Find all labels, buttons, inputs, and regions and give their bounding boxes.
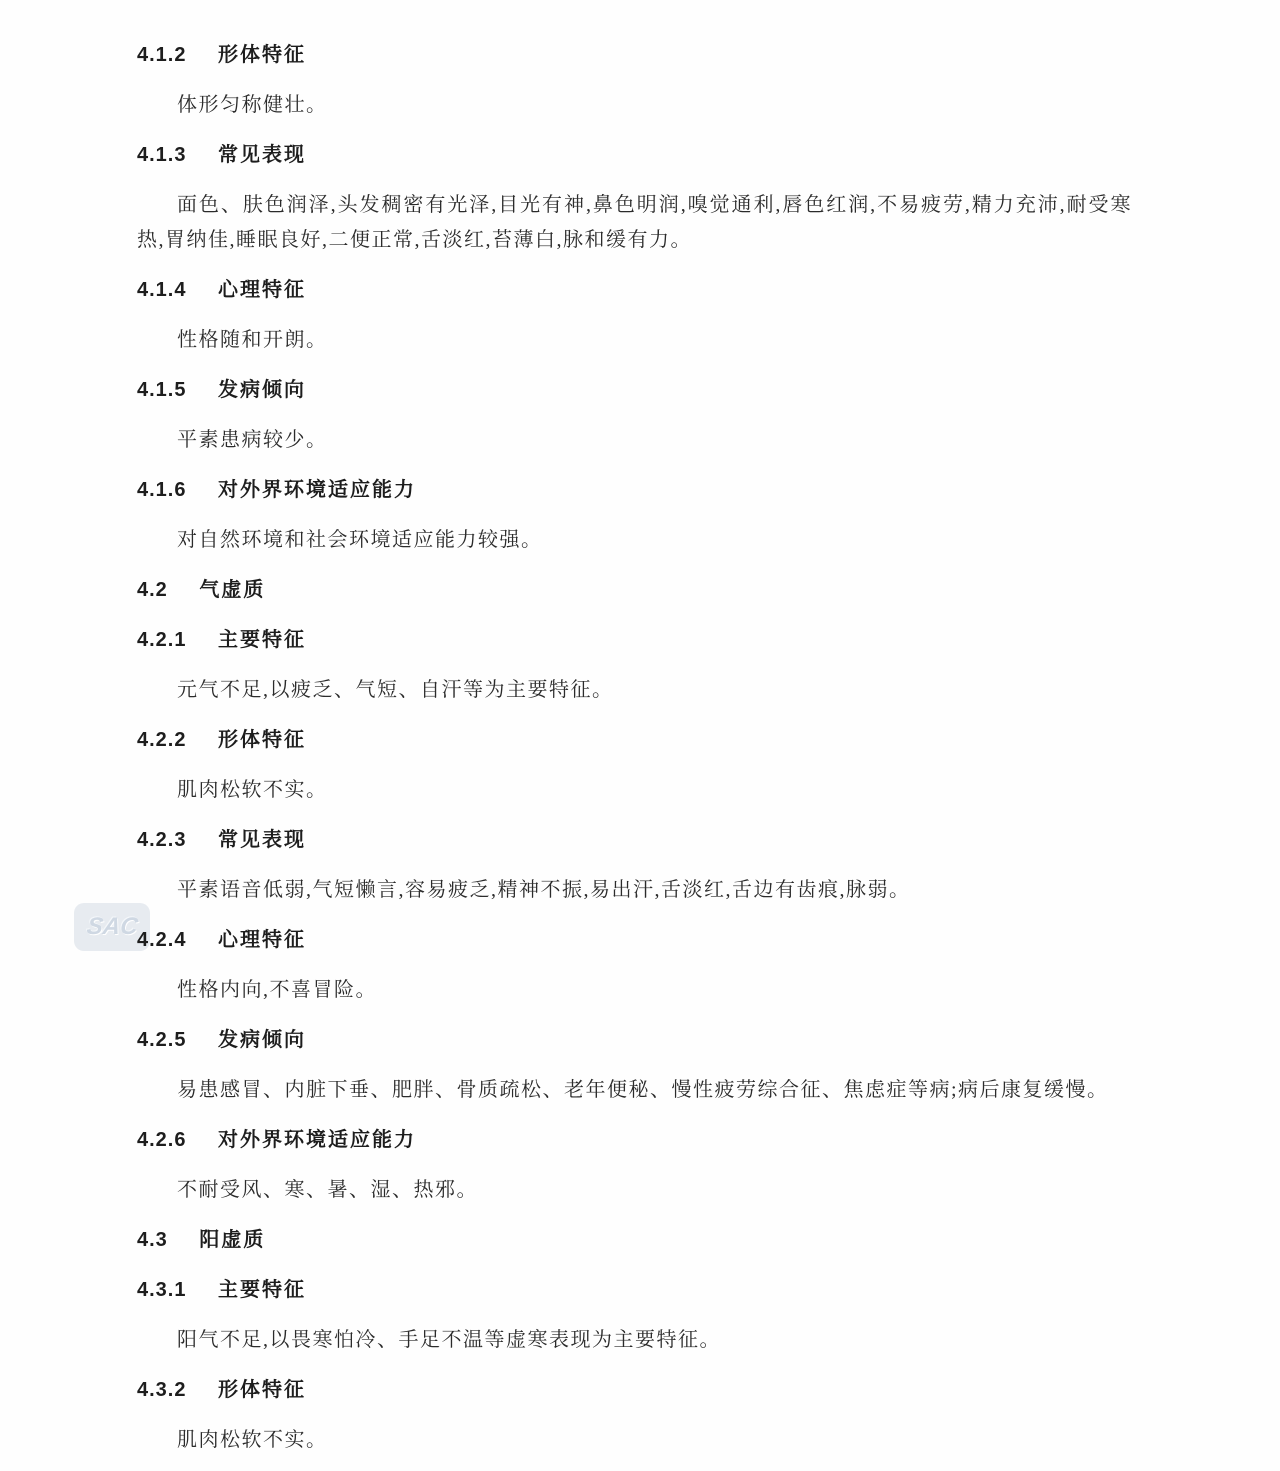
clause-heading: 4.1.5 发病倾向 — [137, 373, 1132, 408]
clause-paragraph: 易患感冒、内脏下垂、肥胖、骨质疏松、老年便秘、慢性疲劳综合征、焦虑症等病;病后康… — [137, 1073, 1132, 1108]
clause-paragraph: 性格随和开朗。 — [137, 323, 1132, 358]
clause-section: 4.2 气虚质 — [137, 573, 1132, 608]
clause-section: 4.1.6 对外界环境适应能力 对自然环境和社会环境适应能力较强。 — [137, 473, 1132, 558]
clause-heading: 4.3 阳虚质 — [137, 1223, 1132, 1258]
document-page: SAC 4.1.2 形体特征 体形匀称健壮。 4.1.3 常见表现 面色、肤色润… — [0, 0, 1280, 1471]
clause-number: 4.3.1 — [137, 1279, 186, 1301]
clause-title: 形体特征 — [218, 44, 306, 66]
clause-paragraphs: 平素患病较少。 — [137, 423, 1132, 458]
clause-number: 4.2.2 — [137, 729, 186, 751]
clause-number: 4.1.4 — [137, 279, 186, 301]
sac-watermark-label: SAC — [85, 913, 140, 941]
clause-heading: 4.2.3 常见表现 — [137, 823, 1132, 858]
clause-paragraph: 肌肉松软不实。 — [137, 773, 1132, 808]
clause-paragraph: 对自然环境和社会环境适应能力较强。 — [137, 523, 1132, 558]
clause-title: 阳虚质 — [199, 1229, 265, 1251]
clause-paragraph: 性格内向,不喜冒险。 — [137, 973, 1132, 1008]
clause-title: 形体特征 — [218, 1379, 306, 1401]
clause-paragraph: 元气不足,以疲乏、气短、自汗等为主要特征。 — [137, 673, 1132, 708]
clause-paragraphs: 肌肉松软不实。 — [137, 1423, 1132, 1458]
clause-paragraphs: 性格随和开朗。 — [137, 323, 1132, 358]
clause-heading: 4.2.2 形体特征 — [137, 723, 1132, 758]
clause-section: 4.2.4 心理特征 性格内向,不喜冒险。 — [137, 923, 1132, 1008]
clause-heading: 4.1.3 常见表现 — [137, 138, 1132, 173]
clause-paragraphs: 肌肉松软不实。 — [137, 773, 1132, 808]
clause-section: 4.2.3 常见表现 平素语音低弱,气短懒言,容易疲乏,精神不振,易出汗,舌淡红… — [137, 823, 1132, 908]
clause-paragraph: 平素语音低弱,气短懒言,容易疲乏,精神不振,易出汗,舌淡红,舌边有齿痕,脉弱。 — [137, 873, 1132, 908]
clause-heading: 4.2.6 对外界环境适应能力 — [137, 1123, 1132, 1158]
clause-number: 4.1.6 — [137, 479, 186, 501]
clause-number: 4.2.6 — [137, 1129, 186, 1151]
clause-number: 4.2.5 — [137, 1029, 186, 1051]
clause-title: 常见表现 — [218, 144, 306, 166]
clause-number: 4.1.2 — [137, 44, 186, 66]
clause-paragraph: 面色、肤色润泽,头发稠密有光泽,目光有神,鼻色明润,嗅觉通利,唇色红润,不易疲劳… — [137, 188, 1132, 258]
clause-section: 4.2.1 主要特征 元气不足,以疲乏、气短、自汗等为主要特征。 — [137, 623, 1132, 708]
clause-number: 4.1.5 — [137, 379, 186, 401]
clause-section: 4.3.1 主要特征 阳气不足,以畏寒怕冷、手足不温等虚寒表现为主要特征。 — [137, 1273, 1132, 1358]
clause-section: 4.1.2 形体特征 体形匀称健壮。 — [137, 38, 1132, 123]
clause-title: 形体特征 — [218, 729, 306, 751]
clause-number: 4.3.2 — [137, 1379, 186, 1401]
clause-section: 4.3 阳虚质 — [137, 1223, 1132, 1258]
clause-section: 4.2.5 发病倾向 易患感冒、内脏下垂、肥胖、骨质疏松、老年便秘、慢性疲劳综合… — [137, 1023, 1132, 1108]
clause-paragraphs: 不耐受风、寒、暑、湿、热邪。 — [137, 1173, 1132, 1208]
clause-heading: 4.3.2 形体特征 — [137, 1373, 1132, 1408]
clause-paragraphs: 对自然环境和社会环境适应能力较强。 — [137, 523, 1132, 558]
clause-paragraphs: 易患感冒、内脏下垂、肥胖、骨质疏松、老年便秘、慢性疲劳综合征、焦虑症等病;病后康… — [137, 1073, 1132, 1108]
clause-section: 4.3.2 形体特征 肌肉松软不实。 — [137, 1373, 1132, 1458]
clause-heading: 4.2.1 主要特征 — [137, 623, 1132, 658]
clause-paragraphs: 性格内向,不喜冒险。 — [137, 973, 1132, 1008]
clause-title: 主要特征 — [218, 629, 306, 651]
clause-title: 对外界环境适应能力 — [218, 1129, 416, 1151]
clause-section: 4.2.2 形体特征 肌肉松软不实。 — [137, 723, 1132, 808]
clause-heading: 4.2 气虚质 — [137, 573, 1132, 608]
clause-heading: 4.3.1 主要特征 — [137, 1273, 1132, 1308]
clause-paragraph: 不耐受风、寒、暑、湿、热邪。 — [137, 1173, 1132, 1208]
clause-title: 对外界环境适应能力 — [218, 479, 416, 501]
clause-paragraphs: 体形匀称健壮。 — [137, 88, 1132, 123]
clause-number: 4.1.3 — [137, 144, 186, 166]
clause-title: 心理特征 — [218, 279, 306, 301]
clause-paragraphs: 面色、肤色润泽,头发稠密有光泽,目光有神,鼻色明润,嗅觉通利,唇色红润,不易疲劳… — [137, 188, 1132, 258]
clause-heading: 4.1.2 形体特征 — [137, 38, 1132, 73]
clause-paragraphs: 阳气不足,以畏寒怕冷、手足不温等虚寒表现为主要特征。 — [137, 1323, 1132, 1358]
clause-heading: 4.2.5 发病倾向 — [137, 1023, 1132, 1058]
clause-paragraph: 平素患病较少。 — [137, 423, 1132, 458]
clause-number: 4.2.1 — [137, 629, 186, 651]
clause-number: 4.3 — [137, 1229, 168, 1251]
clause-section: 4.1.3 常见表现 面色、肤色润泽,头发稠密有光泽,目光有神,鼻色明润,嗅觉通… — [137, 138, 1132, 258]
clause-number: 4.2 — [137, 579, 168, 601]
clause-paragraph: 肌肉松软不实。 — [137, 1423, 1132, 1458]
clause-heading: 4.2.4 心理特征 — [137, 923, 1132, 958]
clause-title: 发病倾向 — [218, 1029, 306, 1051]
clause-title: 心理特征 — [218, 929, 306, 951]
clause-paragraphs: 元气不足,以疲乏、气短、自汗等为主要特征。 — [137, 673, 1132, 708]
clause-title: 常见表现 — [218, 829, 306, 851]
clause-title: 气虚质 — [199, 579, 265, 601]
clause-title: 发病倾向 — [218, 379, 306, 401]
clause-list: 4.1.2 形体特征 体形匀称健壮。 4.1.3 常见表现 面色、肤色润泽,头发… — [137, 38, 1132, 1458]
clause-section: 4.1.5 发病倾向 平素患病较少。 — [137, 373, 1132, 458]
clause-number: 4.2.4 — [137, 929, 186, 951]
clause-heading: 4.1.4 心理特征 — [137, 273, 1132, 308]
clause-paragraphs: 平素语音低弱,气短懒言,容易疲乏,精神不振,易出汗,舌淡红,舌边有齿痕,脉弱。 — [137, 873, 1132, 908]
clause-heading: 4.1.6 对外界环境适应能力 — [137, 473, 1132, 508]
clause-paragraph: 阳气不足,以畏寒怕冷、手足不温等虚寒表现为主要特征。 — [137, 1323, 1132, 1358]
clause-section: 4.1.4 心理特征 性格随和开朗。 — [137, 273, 1132, 358]
clause-section: 4.2.6 对外界环境适应能力 不耐受风、寒、暑、湿、热邪。 — [137, 1123, 1132, 1208]
clause-title: 主要特征 — [218, 1279, 306, 1301]
clause-number: 4.2.3 — [137, 829, 186, 851]
clause-paragraph: 体形匀称健壮。 — [137, 88, 1132, 123]
